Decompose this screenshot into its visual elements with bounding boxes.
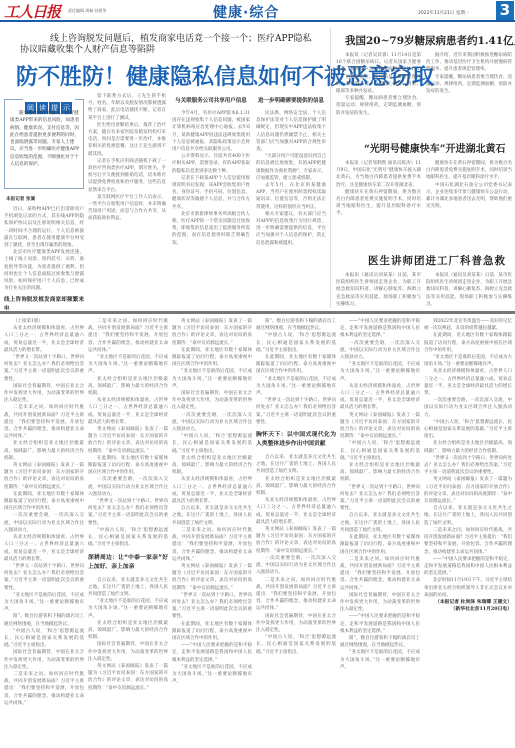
feature-column-3: 英文网站《泰国邮报》发表了一篇题为《习近平访问泰国：东方国家的开放合作》的评论文… xyxy=(172,318,252,743)
section-divider-rule xyxy=(0,311,515,314)
feature-column-6: 到2022年北京冬奥盛会——美好的记忆被一次次唤起，友谊的纽带越拉越紧。 在此期… xyxy=(424,318,512,743)
lead-kicker: 线上咨询脱发问题后，植发商家电话竟一个接一个；医疗APP隐私协议暗藏收集个人财产… xyxy=(20,34,320,56)
feature-column-2: 二是未来之问。如何回应时代挑战，共同开创发展新局面？习近平主席提出：“我们要坚持… xyxy=(88,318,168,743)
editor-credits: 责任编辑 周畅 孙煜华 xyxy=(68,8,107,14)
read-tips-box: 阅读提示 随着移动医疗的普及，医疗健康类APP带来的信息风险，如患者病情、健康状… xyxy=(4,99,84,189)
side-story-1-col-2: 据介绍，近年来我国积极推进糖尿病防治工作，推动基层医疗卫生机构开展慢病管理服务，… xyxy=(426,52,512,125)
wire-credit: （新华社北京11月20日电） xyxy=(424,606,512,613)
feature-column-4: 阳”。数百位游客和下榻的酒店员工通过网络围观，在当地掀起热议。 “中国古人说，‘… xyxy=(256,318,336,743)
lead-column-3: 与关联服务公司共享用户信息 今年4月，有医疗APP版本6.1.31因存在违规收集… xyxy=(172,93,250,308)
side-story-1-col-1: 本报讯（记者吴其睿）11月14日是第16个联合国糖尿病日。记者从国家卫健委获悉，… xyxy=(336,52,421,125)
newspaper-logo: 工人日报 xyxy=(4,1,60,22)
subhead: 进一步明确需要提供的信息 xyxy=(256,97,326,106)
subhead: 线上咨询脱发植发商家却频繁来电 xyxy=(4,296,84,310)
feature-column-1: （上接第1版） 从亚太经济规模和体量看，占世界人口三分之一、占世界经济总量逾六成… xyxy=(4,318,84,743)
byline: 本报记者 张嵩 xyxy=(6,196,35,202)
subhead: 与关联服务公司共享用户信息 xyxy=(172,97,250,106)
read-tips-text: 随着移动医疗的普及，医疗健康类APP带来的信息风险，如患者病情、健康状况、支付信… xyxy=(10,110,80,168)
feature-subhead: 深耕周边：让“中泰一家亲”好上加好、亲上加亲 xyxy=(88,554,168,572)
lead-column-4: 进一步明确需要提供的信息 民法典、网络安全法、个人信息保护法等对个人信息保护做了… xyxy=(256,93,326,308)
issue-date: 2022年11月21日 星期一 xyxy=(418,10,469,16)
lead-column-2: 留下联系方式后，王先生的手机号、姓名、年龄以及脱发情况都被透露给了商家，此后电话… xyxy=(88,93,166,308)
side-story-3-col-1: 本报讯（通讯员刘某某）日前，某市医院组织医生讲师团走进企业，为职工开展急救知识科… xyxy=(336,272,421,308)
feature-column-5: ——“中国人民要求把握的是和平稳定，走和平发展道路是我国和中国人民根本利益的坚定… xyxy=(340,318,420,743)
column-divider xyxy=(330,28,331,308)
side-story-2-col-1: 本报讯（记者邹倜然 通讯员陈涛）11月9日，中国石化“光明号”健康快车驶入湖北黄… xyxy=(336,160,421,230)
side-story-2-col-2: 健康快车在黄石停留期间，将为数百名白内障患者免费实施复明手术，同时培训当地眼科医… xyxy=(426,160,512,230)
page-number-badge: 3 xyxy=(496,1,514,20)
masthead: 工人日报 责任编辑 周畅 孙煜华 健康·综合 2022年11月21日 星期一 3 xyxy=(0,0,515,22)
side-headline-diabetes: 我国20~79岁糖尿病患者约1.41亿人 xyxy=(345,33,515,48)
section-title: 健康·综合 xyxy=(213,2,279,22)
lead-column-1: 近日，某购物APP已打出清除用户手机浏览记录的方式，其在线APP的隐私保护协议以… xyxy=(4,206,84,310)
feature-subhead: 胸怀天下：以中国式现代化为人类整体进步作出中国贡献 xyxy=(256,431,336,449)
side-headline-first-aid: 医生讲师团进工厂科普急救 xyxy=(368,253,506,268)
side-headline-health-train: “光明号健康快车”开进湖北黄石 xyxy=(364,140,506,155)
side-story-3-col-2: 本报讯（通讯员刘某某）日前，某市医院组织医生讲师团走进企业，为职工开展急救知识科… xyxy=(426,272,512,308)
